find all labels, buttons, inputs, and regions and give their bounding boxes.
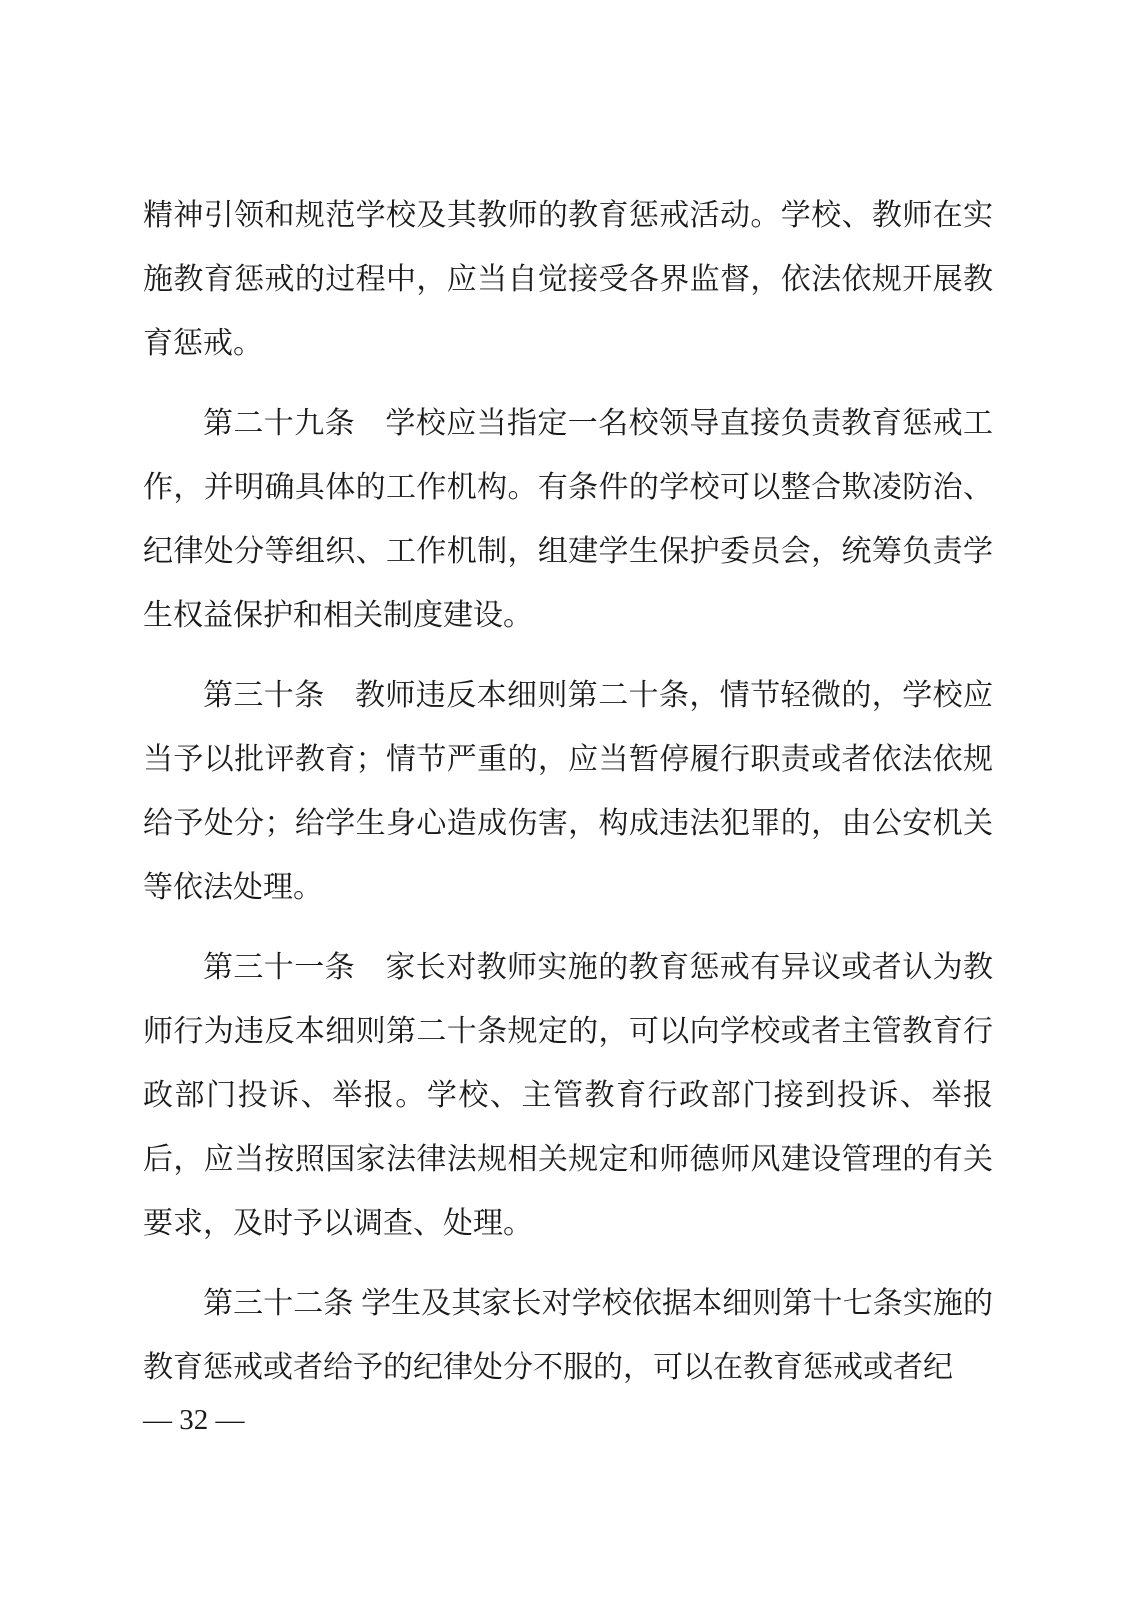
paragraph-article-32: 第三十二条 学生及其家长对学校依据本细则第十七条实施的教育惩戒或者给予的纪律处分… — [143, 1272, 993, 1400]
document-body: 精神引领和规范学校及其教师的教育惩戒活动。学校、教师在实施教育惩戒的过程中，应当… — [143, 184, 993, 1400]
page-number: — 32 — — [143, 1402, 245, 1438]
document-page: 精神引领和规范学校及其教师的教育惩戒活动。学校、教师在实施教育惩戒的过程中，应当… — [0, 0, 1131, 1600]
paragraph-article-31: 第三十一条 家长对教师实施的教育惩戒有异议或者认为教师行为违反本细则第二十条规定… — [143, 936, 993, 1256]
paragraph-continuation: 精神引领和规范学校及其教师的教育惩戒活动。学校、教师在实施教育惩戒的过程中，应当… — [143, 184, 993, 376]
paragraph-article-30: 第三十条 教师违反本细则第二十条，情节轻微的，学校应当予以批评教育；情节严重的，… — [143, 664, 993, 920]
paragraph-article-29: 第二十九条 学校应当指定一名校领导直接负责教育惩戒工作，并明确具体的工作机构。有… — [143, 392, 993, 648]
